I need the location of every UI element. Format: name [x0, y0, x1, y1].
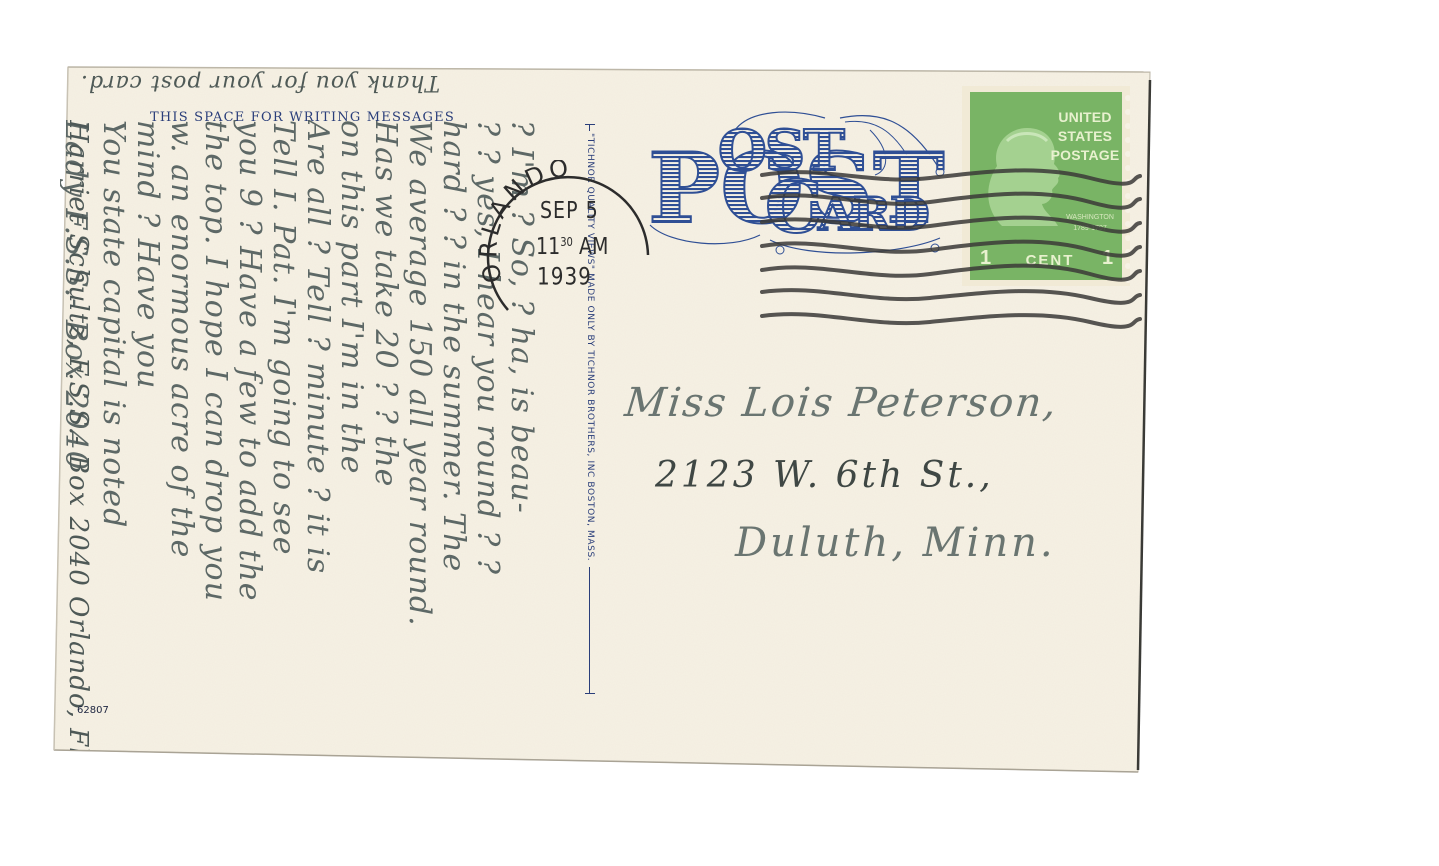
stamp-denomination: 1	[980, 248, 991, 268]
stamp-years: 1789-1797	[1054, 225, 1126, 232]
handwriting-line: mind ? Have you	[132, 120, 162, 750]
svg-text:ARD: ARD	[817, 187, 929, 241]
svg-text:C: C	[765, 164, 822, 249]
handwriting-line: you 9 ? Have a few to add the	[234, 120, 264, 750]
handwriting-line: We average 150 all year round.	[404, 120, 434, 750]
stamp-country: UNITED STATES POSTAGE	[1044, 108, 1126, 165]
postmark-date: SEP 5	[540, 198, 599, 224]
postmark-year: 1939	[537, 262, 592, 291]
handwriting-line: You state capital is noted	[98, 120, 128, 750]
postmark-time: 1130 AM	[536, 234, 608, 260]
stamp-unit: CENT	[1018, 253, 1082, 268]
stamp-subject: WASHINGTON	[1054, 214, 1126, 221]
divider-rule	[590, 125, 591, 131]
handwriting-line: on this part I'm in the	[336, 120, 366, 750]
catalog-number: 62807	[77, 705, 109, 716]
handwriting-line: Harriet Schultz, F.S.S.- Box 2040 Orland…	[65, 120, 91, 750]
postcard: Lady F.S.S.- Box 2040 Harriet Schultz, F…	[0, 0, 1439, 866]
handwriting-line: Tell I. Pat. I'm going to see	[268, 120, 298, 750]
stamp-denomination: 1	[1102, 248, 1113, 268]
handwriting-line: w. an enormous acre of the	[166, 120, 196, 750]
handwriting-line: the top. I hope I can drop you	[200, 120, 230, 750]
recipient-name: Miss Lois Peterson,	[623, 380, 1061, 426]
handwriting-line: hard ? ? in the summer. The	[438, 120, 468, 750]
message-area-heading: THIS SPACE FOR WRITING MESSAGES	[150, 110, 455, 125]
divider-rule	[590, 567, 591, 693]
handwriting-line: Are all ? Tell ? minute ? it is	[302, 120, 332, 750]
postage-stamp: UNITED STATES POSTAGE WASHINGTON 1789-17…	[962, 86, 1130, 286]
divider-tick	[585, 693, 595, 694]
handwriting-top-line: Thank you for your post card.	[80, 70, 440, 95]
handwriting-line: Has we take 20 ? ? the	[370, 120, 400, 750]
postcard-logo: POST OST C ARD	[640, 100, 960, 260]
recipient-street: 2123 W. 6th St.,	[655, 455, 994, 496]
recipient-city: Duluth, Minn.	[735, 520, 1056, 566]
